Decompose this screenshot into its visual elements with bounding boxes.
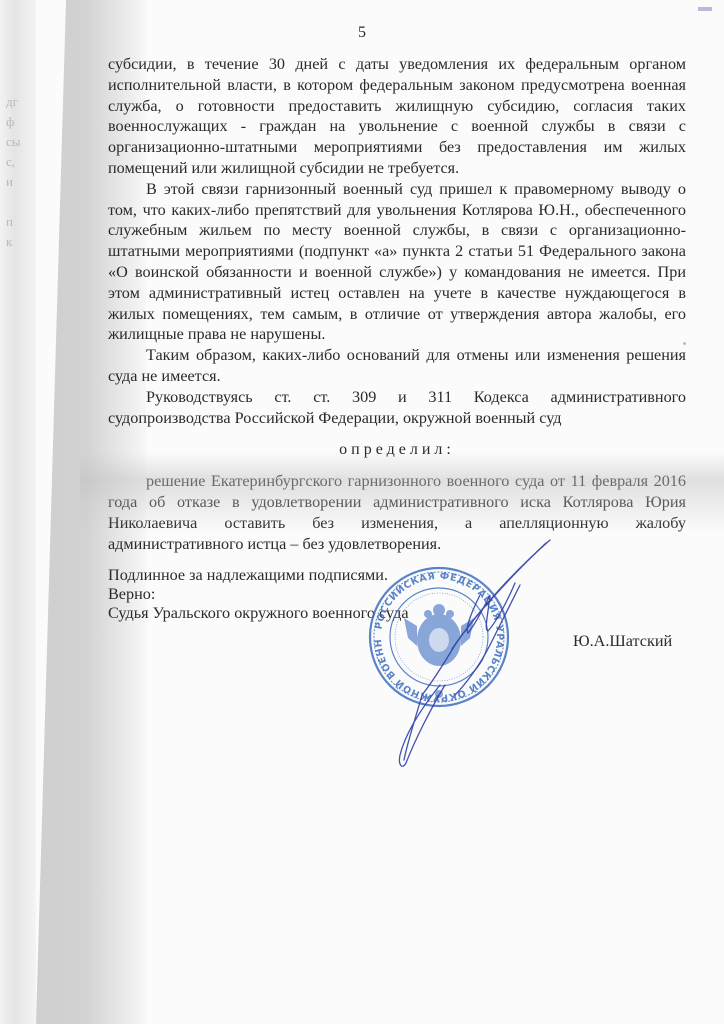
paragraph-legal-basis: Руководствуясь ст. ст. 309 и 311 Кодекса…	[108, 387, 686, 429]
paragraph-court-conclusion: В этой связи гарнизонный военный суд при…	[108, 179, 686, 345]
signer-name: Ю.А.Шатский	[573, 632, 672, 651]
document-body: субсидии, в течение 30 дней с даты уведо…	[108, 54, 686, 554]
decree-heading: определил:	[108, 440, 686, 461]
scan-mark	[698, 7, 712, 11]
paragraph-no-grounds: Таким образом, каких-либо оснований для …	[108, 345, 686, 387]
bleed-through-text: дгфсыс,ипк	[6, 92, 21, 252]
handwritten-signature	[360, 535, 560, 785]
paragraph-continuation: субсидии, в течение 30 дней с даты уведо…	[108, 54, 686, 179]
page-number: 5	[0, 24, 724, 42]
